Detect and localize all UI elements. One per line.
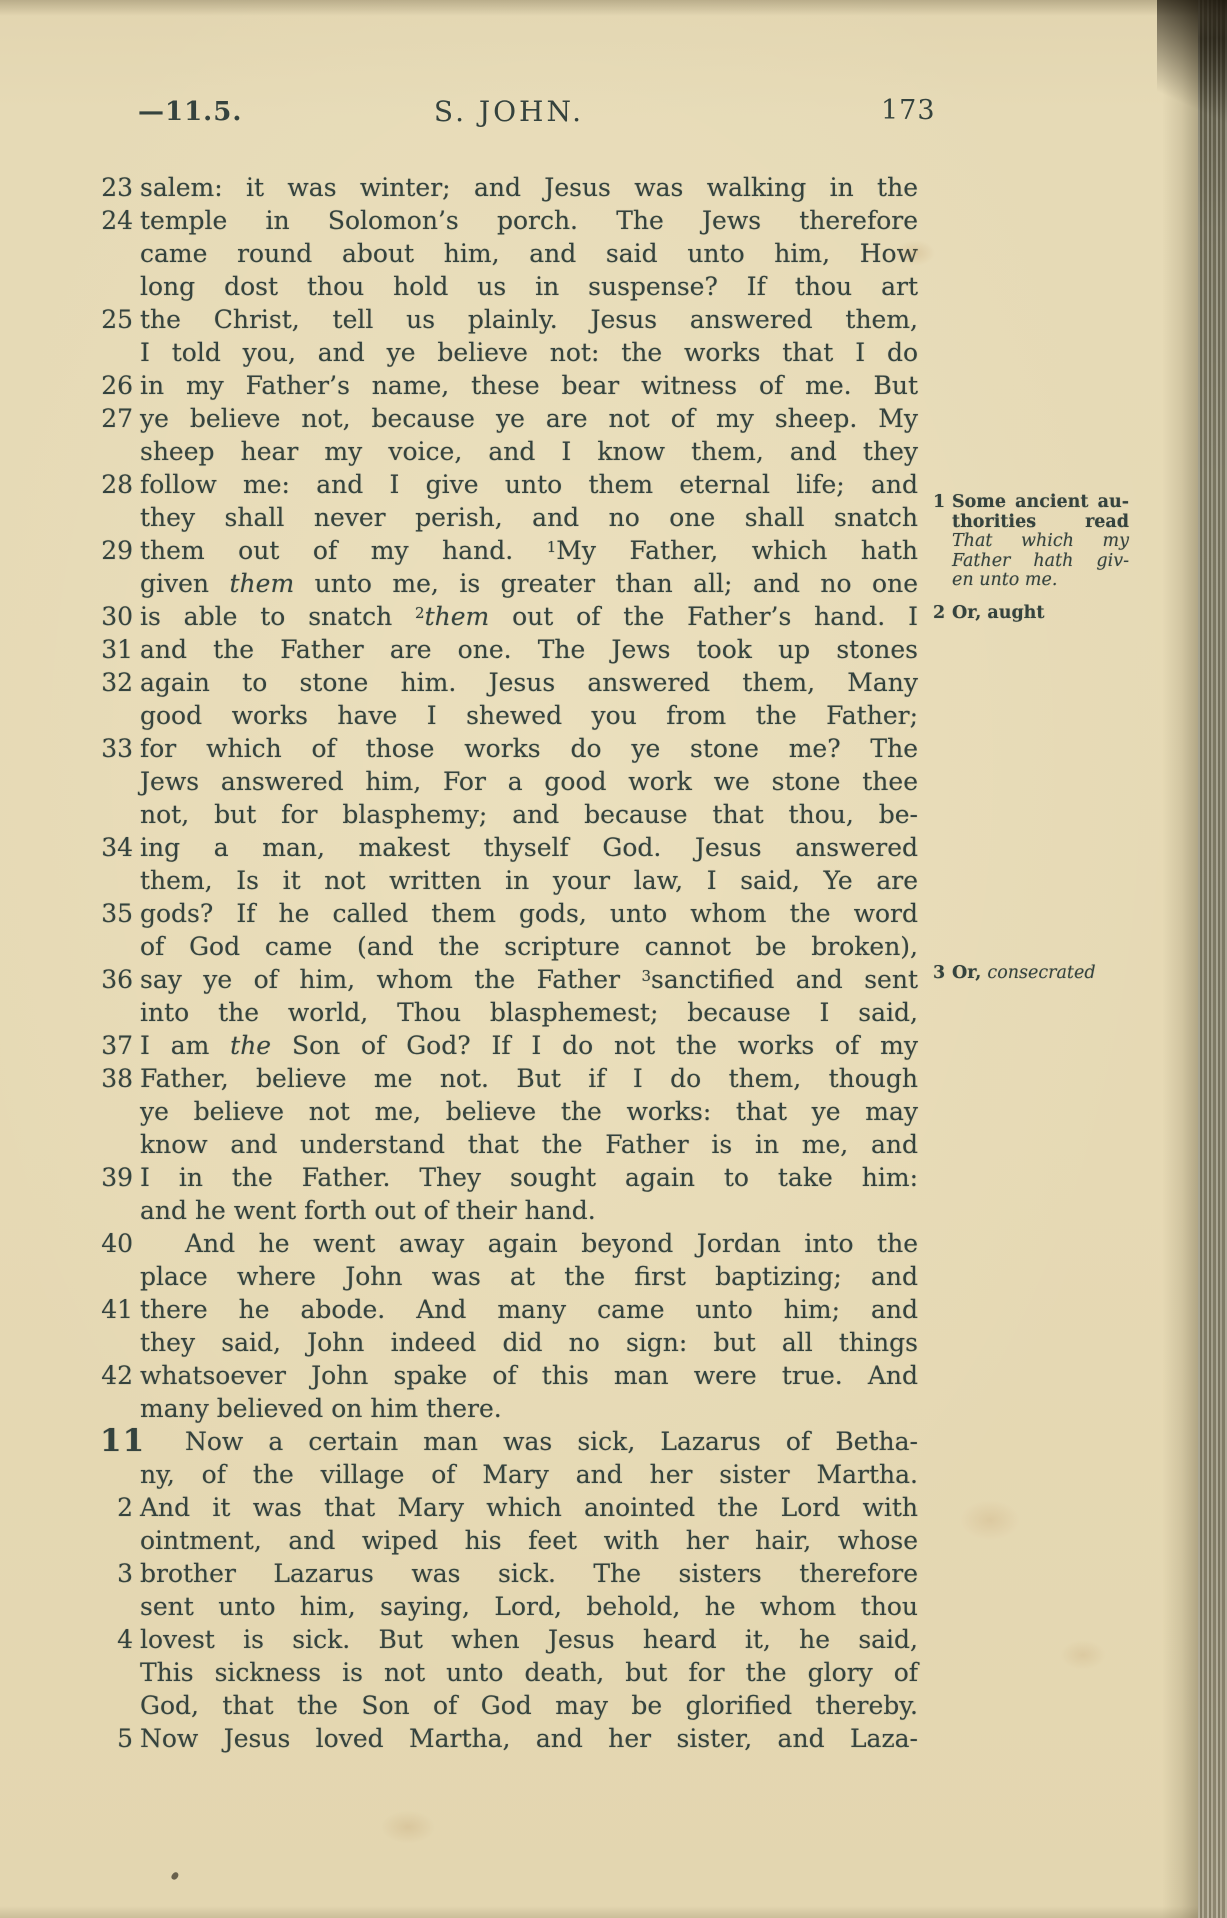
margin-note-line: thorities read (952, 513, 1129, 533)
text-line: 3brother Lazarus was sick. The sisters t… (100, 1557, 918, 1590)
verse-number: 33 (100, 732, 140, 765)
chapter-start-line: 11Now a certain man was sick, Lazarus of… (100, 1425, 918, 1458)
text-line: 37I am the Son of God? If I do not the w… (100, 1029, 918, 1062)
italic-text: the (230, 1031, 271, 1060)
line-text: again to stone him. Jesus answered them,… (140, 666, 918, 699)
verse-number (100, 699, 140, 732)
line-text: in my Father’s name, these bear witness … (140, 369, 918, 402)
text-line: 40And he went away again beyond Jordan i… (100, 1227, 918, 1260)
margin-note-text: Or, consecrated (952, 964, 1129, 984)
verse-number (100, 798, 140, 831)
verse-number: 28 (100, 468, 140, 501)
verse-number: 38 (100, 1062, 140, 1095)
text-line: given them unto me, is greater than all;… (100, 567, 918, 600)
verse-number (100, 1128, 140, 1161)
text-line: 2And it was that Mary which anointed the… (100, 1491, 918, 1524)
verse-number: 23 (100, 171, 140, 204)
line-text: came round about him, and said unto him,… (140, 237, 918, 270)
text-line: 39I in the Father. They sought again to … (100, 1161, 918, 1194)
text-line: of God came (and the scripture cannot be… (100, 930, 918, 963)
margin-note-line: Some ancient au- (952, 493, 1129, 513)
line-text: the Christ, tell us plainly. Jesus answe… (140, 303, 918, 336)
text-line: 36say ye of him, whom the Father 3sancti… (100, 963, 918, 996)
line-text: ointment, and wiped his feet with her ha… (140, 1524, 918, 1557)
text-line: 5Now Jesus loved Martha, and her sister,… (100, 1722, 918, 1755)
line-text: not, but for blasphemy; and because that… (140, 798, 918, 831)
margin-note-line: Or, aught (952, 604, 1129, 624)
text-line: 31and the Father are one. The Jews took … (100, 633, 918, 666)
text-line: came round about him, and said unto him,… (100, 237, 918, 270)
book-corner-shadow (1157, 0, 1227, 150)
margin-note-text: Or, aught (952, 604, 1129, 624)
verse-number (100, 435, 140, 468)
line-text: know and understand that the Father is i… (140, 1128, 918, 1161)
text-line: know and understand that the Father is i… (100, 1128, 918, 1161)
text-line: Jews answered him, For a good work we st… (100, 765, 918, 798)
verse-number (100, 1326, 140, 1359)
verse-number (100, 1260, 140, 1293)
text-line: 26in my Father’s name, these bear witnes… (100, 369, 918, 402)
footnote-reference: 2 (415, 604, 425, 622)
scanned-book-page: —11.5. S. JOHN. 173 23salem: it was wint… (0, 0, 1227, 1918)
verse-number: 40 (100, 1227, 140, 1260)
text-line: place where John was at the first baptiz… (100, 1260, 918, 1293)
text-line: ye believe not me, believe the works: th… (100, 1095, 918, 1128)
line-text: salem: it was winter; and Jesus was walk… (140, 171, 918, 204)
verse-number (100, 1524, 140, 1557)
italic-text: them (425, 602, 490, 631)
verse-number (100, 864, 140, 897)
margin-note-line: That which my (952, 532, 1129, 552)
verse-number (100, 930, 140, 963)
line-text: them out of my hand. 1My Father, which h… (140, 534, 918, 567)
line-text: good works have I shewed you from the Fa… (140, 699, 918, 732)
verse-number: 24 (100, 204, 140, 237)
book-page-edge-strip (1198, 0, 1227, 1918)
verse-number (100, 765, 140, 798)
verse-number (100, 1590, 140, 1623)
margin-note-text: Some ancient au-thorities readThat which… (952, 493, 1129, 591)
text-line: they shall never perish, and no one shal… (100, 501, 918, 534)
top-edge-shade (0, 0, 1227, 16)
line-text: and the Father are one. The Jews took up… (140, 633, 918, 666)
text-line: sheep hear my voice, and I know them, an… (100, 435, 918, 468)
verse-number: 25 (100, 303, 140, 336)
footnote-reference: 1 (547, 538, 557, 556)
text-line: into the world, Thou blasphemest; becaus… (100, 996, 918, 1029)
text-line: ny, of the village of Mary and her siste… (100, 1458, 918, 1491)
margin-note-line: en unto me. (952, 571, 1129, 591)
line-text: Now a certain man was sick, Lazarus of B… (140, 1425, 918, 1458)
verse-number: 42 (100, 1359, 140, 1392)
verse-number: 36 (100, 963, 140, 996)
line-text: I told you, and ye believe not: the work… (140, 336, 918, 369)
line-text: and he went forth out of their hand. (140, 1194, 918, 1227)
text-line: not, but for blasphemy; and because that… (100, 798, 918, 831)
verse-number: 41 (100, 1293, 140, 1326)
verse-number: 35 (100, 897, 140, 930)
line-text: into the world, Thou blasphemest; becaus… (140, 996, 918, 1029)
italic-text: consecrated (987, 963, 1095, 983)
foxing-spot (960, 1500, 1020, 1540)
text-line: 35gods? If he called them gods, unto who… (100, 897, 918, 930)
text-line: good works have I shewed you from the Fa… (100, 699, 918, 732)
bottom-edge-shade (0, 1906, 1227, 1918)
foxing-spot (380, 1810, 436, 1844)
line-text: them, Is it not written in your law, I s… (140, 864, 918, 897)
line-text: for which of those works do ye stone me?… (140, 732, 918, 765)
verse-number (100, 996, 140, 1029)
running-header: —11.5. S. JOHN. 173 (0, 97, 1227, 133)
text-line: 33for which of those works do ye stone m… (100, 732, 918, 765)
text-line: sent unto him, saying, Lord, behold, he … (100, 1590, 918, 1623)
text-line: 27ye believe not, because ye are not of … (100, 402, 918, 435)
italic-text: Father hath giv- (952, 551, 1129, 571)
line-text: place where John was at the first baptiz… (140, 1260, 918, 1293)
italic-text: them (230, 569, 295, 598)
line-text: whatsoever John spake of this man were t… (140, 1359, 918, 1392)
margin-note-number: 1 (933, 493, 952, 591)
line-text: ye believe not me, believe the works: th… (140, 1095, 918, 1128)
text-line: many believed on him there. (100, 1392, 918, 1425)
text-line: 34ing a man, makest thyself God. Jesus a… (100, 831, 918, 864)
verse-number (100, 567, 140, 600)
line-text: Jews answered him, For a good work we st… (140, 765, 918, 798)
verse-number: 39 (100, 1161, 140, 1194)
line-text: is able to snatch 2them out of the Fathe… (140, 600, 918, 633)
text-line: 38Father, believe me not. But if I do th… (100, 1062, 918, 1095)
text-line: 4lovest is sick. But when Jesus heard it… (100, 1623, 918, 1656)
line-text: Father, believe me not. But if I do them… (140, 1062, 918, 1095)
text-line: 32again to stone him. Jesus answered the… (100, 666, 918, 699)
verse-number: 27 (100, 402, 140, 435)
text-line: This sickness is not unto death, but for… (100, 1656, 918, 1689)
scripture-text-column: 23salem: it was winter; and Jesus was wa… (100, 171, 918, 1755)
text-line: them, Is it not written in your law, I s… (100, 864, 918, 897)
ink-speck (170, 1871, 180, 1881)
text-line: 23salem: it was winter; and Jesus was wa… (100, 171, 918, 204)
line-text: many believed on him there. (140, 1392, 918, 1425)
header-page-number: 173 (881, 95, 936, 126)
margin-note: 1Some ancient au-thorities readThat whic… (933, 493, 1129, 591)
verse-number (100, 1656, 140, 1689)
line-text: lovest is sick. But when Jesus heard it,… (140, 1623, 918, 1656)
line-text: ny, of the village of Mary and her siste… (140, 1458, 918, 1491)
page-edge-shadow (1162, 0, 1198, 1918)
verse-number (100, 1458, 140, 1491)
text-line: 25the Christ, tell us plainly. Jesus ans… (100, 303, 918, 336)
line-text: given them unto me, is greater than all;… (140, 567, 918, 600)
header-book-title: S. JOHN. (100, 95, 918, 128)
verse-number (100, 1194, 140, 1227)
line-text: I in the Father. They sought again to ta… (140, 1161, 918, 1194)
verse-number: 4 (100, 1623, 140, 1656)
verse-number: 5 (100, 1722, 140, 1755)
text-line: I told you, and ye believe not: the work… (100, 336, 918, 369)
text-line: long dost thou hold us in suspense? If t… (100, 270, 918, 303)
chapter-number: 11 (100, 1425, 140, 1458)
verse-number (100, 1689, 140, 1722)
text-line: and he went forth out of their hand. (100, 1194, 918, 1227)
verse-number (100, 501, 140, 534)
margin-note-line: Father hath giv- (952, 552, 1129, 572)
verse-number: 2 (100, 1491, 140, 1524)
line-text: God, that the Son of God may be glorifie… (140, 1689, 918, 1722)
verse-number: 34 (100, 831, 140, 864)
italic-text: That which my (952, 531, 1129, 551)
line-text: of God came (and the scripture cannot be… (140, 930, 918, 963)
text-line: 24temple in Solomon’s porch. The Jews th… (100, 204, 918, 237)
line-text: ing a man, makest thyself God. Jesus ans… (140, 831, 918, 864)
margin-note-number: 2 (933, 604, 952, 624)
verse-number (100, 270, 140, 303)
line-text: I am the Son of God? If I do not the wor… (140, 1029, 918, 1062)
margin-note: 3Or, consecrated (933, 964, 1129, 984)
line-text: gods? If he called them gods, unto whom … (140, 897, 918, 930)
line-text: say ye of him, whom the Father 3sanctifi… (140, 963, 918, 996)
line-text: long dost thou hold us in suspense? If t… (140, 270, 918, 303)
verse-number: 31 (100, 633, 140, 666)
margin-note: 2Or, aught (933, 604, 1129, 624)
verse-number: 32 (100, 666, 140, 699)
line-text: they shall never perish, and no one shal… (140, 501, 918, 534)
line-text: This sickness is not unto death, but for… (140, 1656, 918, 1689)
verse-number: 30 (100, 600, 140, 633)
line-text: sent unto him, saying, Lord, behold, he … (140, 1590, 918, 1623)
verse-number (100, 1392, 140, 1425)
verse-number: 3 (100, 1557, 140, 1590)
verse-number (100, 237, 140, 270)
margin-note-line: Or, consecrated (952, 964, 1129, 984)
text-line: 30is able to snatch 2them out of the Fat… (100, 600, 918, 633)
foxing-spot (1060, 1640, 1106, 1670)
text-line: they said, John indeed did no sign: but … (100, 1326, 918, 1359)
verse-number: 26 (100, 369, 140, 402)
verse-number (100, 336, 140, 369)
line-text: they said, John indeed did no sign: but … (140, 1326, 918, 1359)
verse-number: 37 (100, 1029, 140, 1062)
line-text: And it was that Mary which anointed the … (140, 1491, 918, 1524)
line-text: there he abode. And many came unto him; … (140, 1293, 918, 1326)
text-line: God, that the Son of God may be glorifie… (100, 1689, 918, 1722)
line-text: Now Jesus loved Martha, and her sister, … (140, 1722, 918, 1755)
verse-number (100, 1095, 140, 1128)
line-text: follow me: and I give unto them eternal … (140, 468, 918, 501)
line-text: ye believe not, because ye are not of my… (140, 402, 918, 435)
text-line: ointment, and wiped his feet with her ha… (100, 1524, 918, 1557)
line-text: And he went away again beyond Jordan int… (140, 1227, 918, 1260)
margin-note-number: 3 (933, 964, 952, 984)
verse-number: 29 (100, 534, 140, 567)
text-line: 29them out of my hand. 1My Father, which… (100, 534, 918, 567)
text-line: 41there he abode. And many came unto him… (100, 1293, 918, 1326)
footnote-reference: 3 (641, 967, 651, 985)
line-text: sheep hear my voice, and I know them, an… (140, 435, 918, 468)
line-text: temple in Solomon’s porch. The Jews ther… (140, 204, 918, 237)
text-line: 28follow me: and I give unto them eterna… (100, 468, 918, 501)
text-line: 42whatsoever John spake of this man were… (100, 1359, 918, 1392)
italic-text: en unto me. (952, 570, 1057, 590)
line-text: brother Lazarus was sick. The sisters th… (140, 1557, 918, 1590)
